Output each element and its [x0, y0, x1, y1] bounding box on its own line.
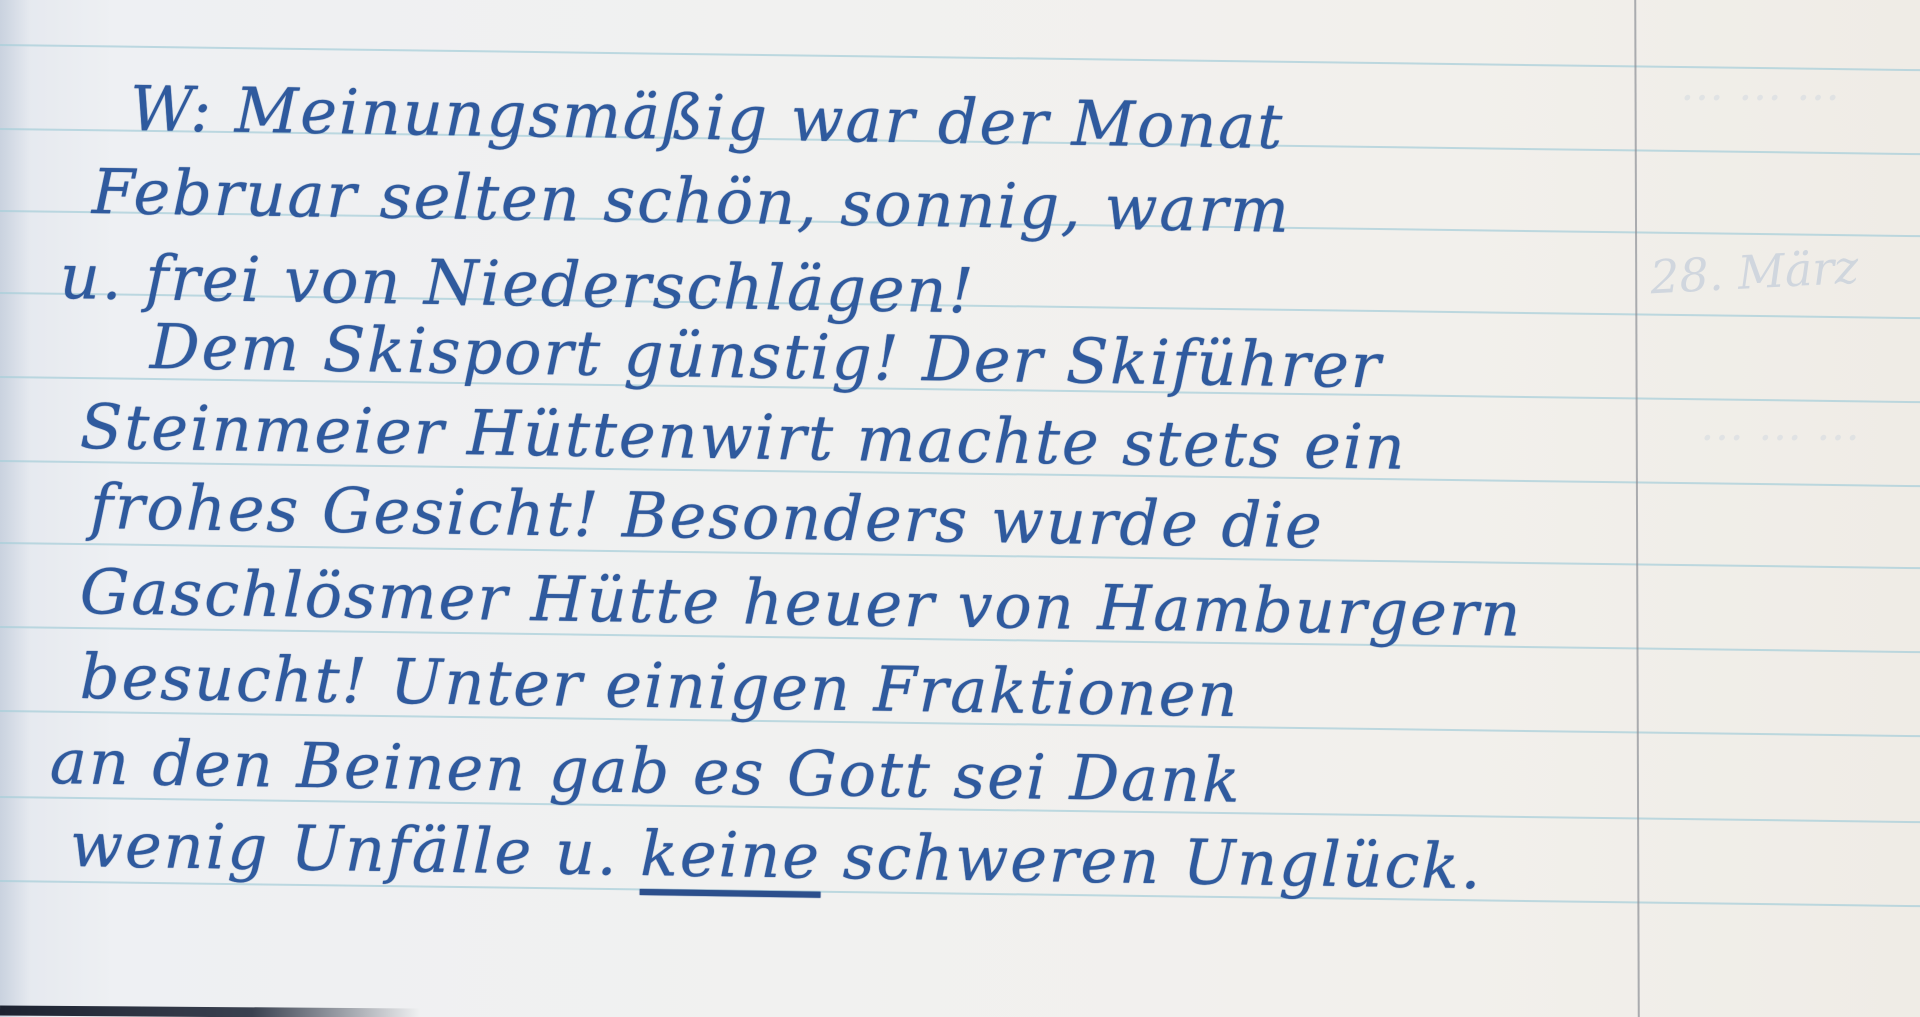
handwriting-line-8: besucht! Unter einigen Fraktionen [79, 640, 1240, 731]
handwriting-line-4: Dem Skisport günstig! Der Skiführer [149, 310, 1383, 402]
handwriting-line-10-end: schweren Unglück. [842, 820, 1483, 903]
underlined-word: keine [640, 817, 822, 893]
page-curl-shadow [0, 0, 30, 1017]
page-bottom-edge [0, 1006, 420, 1017]
handwriting-line-2: Februar selten schön, sonnig, warm [91, 155, 1291, 247]
handwriting-line-10-start: wenig Unfälle u. [69, 808, 619, 890]
notebook-page: 28. März … … … … … … W: Meinungsmäßig wa… [0, 0, 1920, 1017]
ruled-line [0, 44, 1920, 72]
handwriting-line-10: wenig Unfälle u. keine schweren Unglück. [69, 808, 1483, 903]
margin-line [1634, 0, 1640, 1017]
bleed-through-ghost: … … … [1680, 60, 1840, 111]
handwriting-line-1: W: Meinungsmäßig war der Monat [129, 72, 1284, 163]
handwriting-line-5: Steinmeier Hüttenwirt machte stets ein [79, 390, 1407, 484]
handwriting-line-6: frohes Gesicht! Besonders wurde die [89, 470, 1324, 562]
handwriting-line-7: Gaschlösmer Hütte heuer von Hamburgern [79, 555, 1523, 651]
margin-note-bleed-through: 28. März [1649, 240, 1860, 305]
handwriting-line-9: an den Beinen gab es Gott sei Dank [49, 725, 1242, 817]
bleed-through-ghost: … … … [1700, 400, 1860, 451]
